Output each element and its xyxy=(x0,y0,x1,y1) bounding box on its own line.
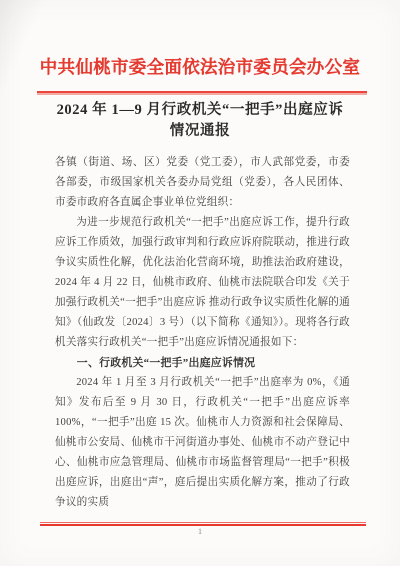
section-1-heading: 一、行政机关“一把手”出庭应诉情况 xyxy=(55,353,350,373)
document-body: 各镇（街道、场、区）党委（党工委），市人武部党委，市委各部委，市级国家机关各委办… xyxy=(55,153,350,513)
addressee-paragraph: 各镇（街道、场、区）党委（党工委），市人武部党委，市委各部委，市级国家机关各委办… xyxy=(55,153,350,213)
body-paragraph-1: 为进一步规范行政机关“一把手”出庭应诉工作，提升行政应诉工作质效，加强行政审判和… xyxy=(55,213,350,353)
footer-divider-line xyxy=(40,522,366,526)
document-page: 中共仙桃市委全面依法治市委员会办公室 2024 年 1—9 月行政机关“一把手”… xyxy=(0,0,400,566)
body-paragraph-2: 2024 年 1 月至 3 月行政机关“一把手”出庭率为 0%，《通知》发布后至… xyxy=(55,373,350,513)
page-number: 1 xyxy=(0,527,400,536)
document-title: 2024 年 1—9 月行政机关“一把手”出庭应诉 情况通报 xyxy=(20,100,380,142)
letterhead-divider-line xyxy=(37,91,367,93)
document-title-line2: 情况通报 xyxy=(20,121,380,142)
document-title-line1: 2024 年 1—9 月行政机关“一把手”出庭应诉 xyxy=(20,100,380,121)
letterhead-office-name: 中共仙桃市委全面依法治市委员会办公室 xyxy=(0,54,400,79)
